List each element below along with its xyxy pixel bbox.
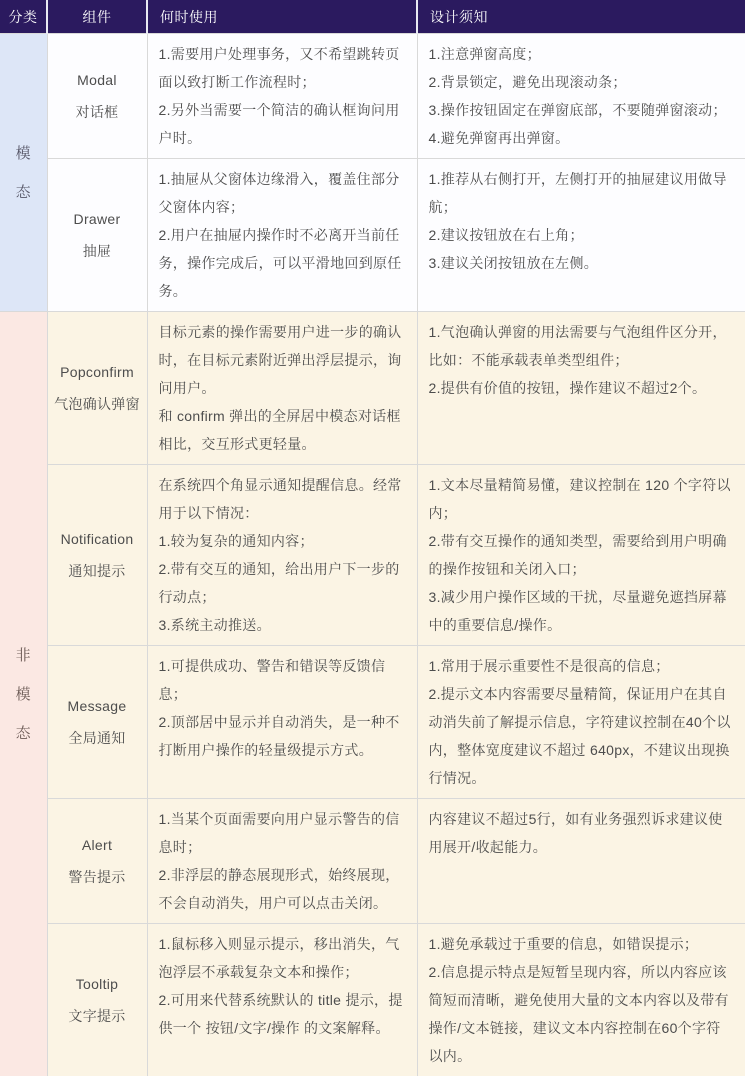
guideline-line: 目标元素的操作需要用户进一步的确认时，在目标元素附近弹出浮层提示，询问用户。: [159, 318, 406, 402]
table-row: Notification 通知提示 在系统四个角显示通知提醒信息。经常用于以下情…: [0, 465, 745, 646]
component-name-zh: 警告提示: [52, 861, 143, 893]
guideline-line: 2.顶部居中显示并自动消失，是一种不打断用户操作的轻量级提示方式。: [159, 708, 406, 764]
guideline-line: 2.信息提示特点是短暂呈现内容，所以内容应该简短而清晰，避免使用大量的文本内容以…: [429, 958, 735, 1070]
component-name-en: Notification: [52, 523, 143, 555]
guideline-line: 2.带有交互的通知，给出用户下一步的行动点；: [159, 555, 406, 611]
component-guidelines-page: 分类 组件 何时使用 设计须知 模态 Modal 对话框 1.需要用户处理事务，…: [0, 0, 745, 1076]
col-header-component: 组件: [47, 0, 147, 34]
when-to-use-cell: 目标元素的操作需要用户进一步的确认时，在目标元素附近弹出浮层提示，询问用户。和 …: [147, 312, 417, 465]
guideline-line: 和 confirm 弹出的全屏居中模态对话框相比，交互形式更轻量。: [159, 402, 406, 458]
component-name-en: Tooltip: [52, 968, 143, 1000]
guideline-line: 2.提供有价值的按钮，操作建议不超过2个。: [429, 374, 735, 402]
guideline-line: 1.当某个页面需要向用户显示警告的信息时；: [159, 805, 406, 861]
guideline-line: 1.鼠标移入则显示提示，移出消失，气泡浮层不承载复杂文本和操作；: [159, 930, 406, 986]
category-cell: 非模态: [0, 312, 47, 1076]
component-name-zh: 全局通知: [52, 722, 143, 754]
design-notes-cell: 内容建议不超过5行，如有业务强烈诉求建议使用展开/收起能力。: [417, 799, 745, 924]
when-to-use-cell: 1.鼠标移入则显示提示，移出消失，气泡浮层不承载复杂文本和操作；2.可用来代替系…: [147, 924, 417, 1076]
component-cell: Modal 对话框: [47, 34, 147, 159]
category-cell: 模态: [0, 34, 47, 312]
when-to-use-cell: 1.可提供成功、警告和错误等反馈信息；2.顶部居中显示并自动消失，是一种不打断用…: [147, 646, 417, 799]
component-cell: Popconfirm 气泡确认弹窗: [47, 312, 147, 465]
table-row: Message 全局通知 1.可提供成功、警告和错误等反馈信息；2.顶部居中显示…: [0, 646, 745, 799]
component-name-en: Drawer: [52, 203, 143, 235]
guideline-line: 2.背景锁定，避免出现滚动条；: [429, 68, 735, 96]
guideline-line: 3.系统主动推送。: [159, 611, 406, 639]
guideline-line: 3.操作按钮固定在弹窗底部，不要随弹窗滚动；: [429, 96, 735, 124]
guideline-line: 3.建议关闭按钮放在左侧。: [429, 249, 735, 277]
guideline-line: 2.另外当需要一个简洁的确认框询问用户时。: [159, 96, 406, 152]
design-notes-cell: 1.常用于展示重要性不是很高的信息；2.提示文本内容需要尽量精简，保证用户在其自…: [417, 646, 745, 799]
design-notes-cell: 1.气泡确认弹窗的用法需要与气泡组件区分开，比如：不能承载表单类型组件；2.提供…: [417, 312, 745, 465]
guideline-line: 2.提示文本内容需要尽量精简，保证用户在其自动消失前了解提示信息，字符建议控制在…: [429, 680, 735, 792]
guideline-line: 1.需要用户处理事务，又不希望跳转页面以致打断工作流程时；: [159, 40, 406, 96]
when-to-use-cell: 1.抽屉从父窗体边缘滑入，覆盖住部分父窗体内容；2.用户在抽屉内操作时不必离开当…: [147, 159, 417, 312]
component-name-zh: 对话框: [52, 96, 143, 128]
table-row: Alert 警告提示 1.当某个页面需要向用户显示警告的信息时；2.非浮层的静态…: [0, 799, 745, 924]
table-body: 模态 Modal 对话框 1.需要用户处理事务，又不希望跳转页面以致打断工作流程…: [0, 34, 745, 1076]
component-name-zh: 抽屉: [52, 235, 143, 267]
design-notes-cell: 1.文本尽量精简易懂，建议控制在 120 个字符以内；2.带有交互操作的通知类型…: [417, 465, 745, 646]
guideline-line: 2.非浮层的静态展现形式，始终展现，不会自动消失，用户可以点击关闭。: [159, 861, 406, 917]
guideline-line: 2.可用来代替系统默认的 title 提示，提供一个 按钮/文字/操作 的文案解…: [159, 986, 406, 1042]
table-header: 分类 组件 何时使用 设计须知: [0, 0, 745, 34]
guideline-line: 2.建议按钮放在右上角；: [429, 221, 735, 249]
col-header-category: 分类: [0, 0, 47, 34]
when-to-use-cell: 在系统四个角显示通知提醒信息。经常用于以下情况：1.较为复杂的通知内容；2.带有…: [147, 465, 417, 646]
component-cell: Tooltip 文字提示: [47, 924, 147, 1076]
component-name-en: Alert: [52, 829, 143, 861]
component-guidelines-table: 分类 组件 何时使用 设计须知 模态 Modal 对话框 1.需要用户处理事务，…: [0, 0, 745, 1076]
guideline-line: 1.避免承载过于重要的信息，如错误提示；: [429, 930, 735, 958]
design-notes-cell: 1.推荐从右侧打开，左侧打开的抽屉建议用做导航；2.建议按钮放在右上角；3.建议…: [417, 159, 745, 312]
category-label: 非模态: [15, 636, 32, 753]
guideline-line: 1.较为复杂的通知内容；: [159, 527, 406, 555]
component-cell: Alert 警告提示: [47, 799, 147, 924]
table-row: Drawer 抽屉 1.抽屉从父窗体边缘滑入，覆盖住部分父窗体内容；2.用户在抽…: [0, 159, 745, 312]
guideline-line: 3.减少用户操作区域的干扰，尽量避免遮挡屏幕中的重要信息/操作。: [429, 583, 735, 639]
component-name-en: Message: [52, 690, 143, 722]
component-cell: Message 全局通知: [47, 646, 147, 799]
guideline-line: 1.气泡确认弹窗的用法需要与气泡组件区分开，比如：不能承载表单类型组件；: [429, 318, 735, 374]
col-header-design-notes: 设计须知: [417, 0, 745, 34]
component-name-en: Popconfirm: [52, 356, 143, 388]
guideline-line: 4.避免弹窗再出弹窗。: [429, 124, 735, 152]
guideline-line: 1.推荐从右侧打开，左侧打开的抽屉建议用做导航；: [429, 165, 735, 221]
guideline-line: 2.用户在抽屉内操作时不必离开当前任务，操作完成后，可以平滑地回到原任务。: [159, 221, 406, 305]
component-name-en: Modal: [52, 64, 143, 96]
guideline-line: 1.文本尽量精简易懂，建议控制在 120 个字符以内；: [429, 471, 735, 527]
component-name-zh: 文字提示: [52, 1000, 143, 1032]
guideline-line: 在系统四个角显示通知提醒信息。经常用于以下情况：: [159, 471, 406, 527]
guideline-line: 内容建议不超过5行，如有业务强烈诉求建议使用展开/收起能力。: [429, 805, 735, 861]
guideline-line: 1.抽屉从父窗体边缘滑入，覆盖住部分父窗体内容；: [159, 165, 406, 221]
design-notes-cell: 1.避免承载过于重要的信息，如错误提示；2.信息提示特点是短暂呈现内容，所以内容…: [417, 924, 745, 1076]
component-name-zh: 通知提示: [52, 555, 143, 587]
guideline-line: 2.带有交互操作的通知类型，需要给到用户明确的操作按钮和关闭入口；: [429, 527, 735, 583]
col-header-when-to-use: 何时使用: [147, 0, 417, 34]
component-cell: Drawer 抽屉: [47, 159, 147, 312]
design-notes-cell: 1.注意弹窗高度；2.背景锁定，避免出现滚动条；3.操作按钮固定在弹窗底部，不要…: [417, 34, 745, 159]
header-row: 分类 组件 何时使用 设计须知: [0, 0, 745, 34]
table-row: 模态 Modal 对话框 1.需要用户处理事务，又不希望跳转页面以致打断工作流程…: [0, 34, 745, 159]
guideline-line: 1.常用于展示重要性不是很高的信息；: [429, 652, 735, 680]
component-name-zh: 气泡确认弹窗: [52, 388, 143, 420]
when-to-use-cell: 1.需要用户处理事务，又不希望跳转页面以致打断工作流程时；2.另外当需要一个简洁…: [147, 34, 417, 159]
table-row: 非模态 Popconfirm 气泡确认弹窗 目标元素的操作需要用户进一步的确认时…: [0, 312, 745, 465]
guideline-line: 1.注意弹窗高度；: [429, 40, 735, 68]
category-label: 模态: [15, 134, 32, 212]
guideline-line: 1.可提供成功、警告和错误等反馈信息；: [159, 652, 406, 708]
table-row: Tooltip 文字提示 1.鼠标移入则显示提示，移出消失，气泡浮层不承载复杂文…: [0, 924, 745, 1076]
when-to-use-cell: 1.当某个页面需要向用户显示警告的信息时；2.非浮层的静态展现形式，始终展现，不…: [147, 799, 417, 924]
component-cell: Notification 通知提示: [47, 465, 147, 646]
